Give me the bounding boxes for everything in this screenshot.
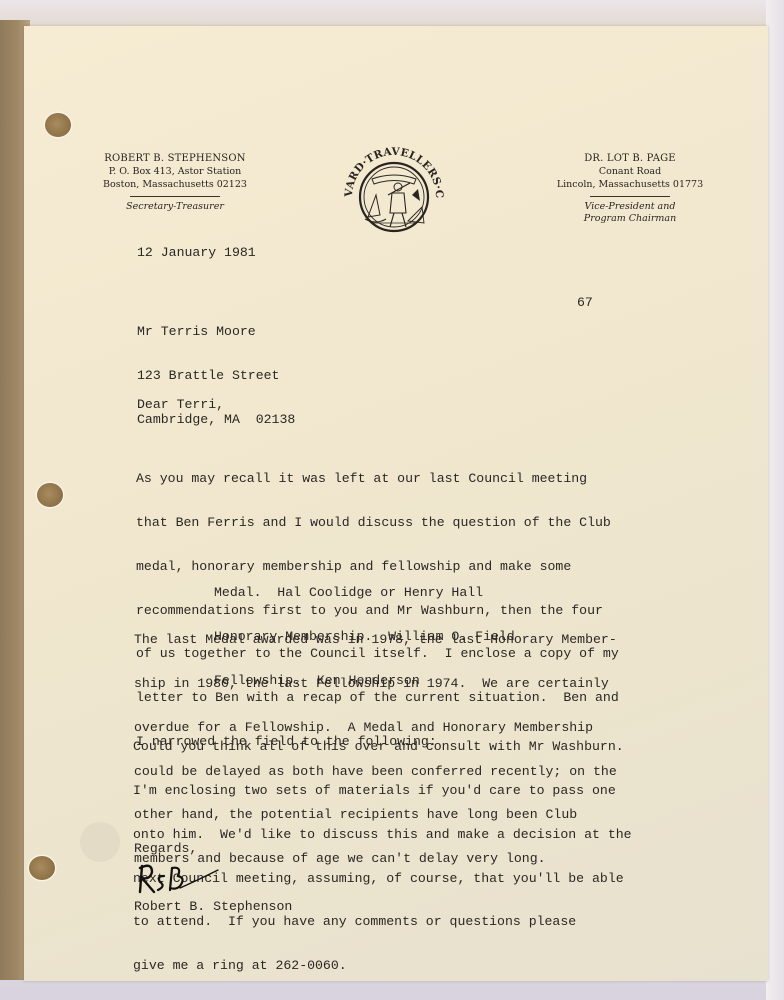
paragraph-line: Could you think all of this over and con… <box>133 740 632 755</box>
paragraph-line: ship in 1980, the last Fellowship in 197… <box>134 677 617 692</box>
background-surface-right <box>766 0 784 1000</box>
paragraph-line: As you may recall it was left at our las… <box>136 472 619 487</box>
punch-hole-middle <box>37 483 63 507</box>
nomination-medal: Medal. Hal Coolidge or Henry Hall <box>214 586 515 601</box>
paragraph-3: Could you think all of this over and con… <box>133 711 632 988</box>
vice-president-address-line1: Conant Road <box>555 165 705 178</box>
recipient-address: Mr Terris Moore 123 Brattle Street Cambr… <box>137 296 295 442</box>
vice-president-name: DR. LOT B. PAGE <box>555 152 705 165</box>
background-surface-top <box>0 0 784 28</box>
recipient-line2: 123 Brattle Street <box>137 369 295 384</box>
recipient-line1: Mr Terris Moore <box>137 325 295 340</box>
vice-president-address-line2: Lincoln, Massachusetts 01773 <box>555 178 705 191</box>
signature-icon: RBS <box>136 858 226 898</box>
punch-hole-bottom <box>29 856 55 880</box>
recipient-line3: Cambridge, MA 02138 <box>137 413 295 428</box>
sender-role: Secretary-Treasurer <box>100 201 250 213</box>
punch-hole-top <box>45 113 71 137</box>
paragraph-line: give me a ring at 262-0060. <box>133 959 632 974</box>
sender-name: ROBERT B. STEPHENSON <box>100 152 250 165</box>
signed-name: Robert B. Stephenson <box>134 900 292 915</box>
paragraph-line: onto him. We'd like to discuss this and … <box>133 828 632 843</box>
letter-date: 12 January 1981 <box>137 246 256 261</box>
paragraph-line: to attend. If you have any comments or q… <box>133 915 632 930</box>
paragraph-line: that Ben Ferris and I would discuss the … <box>136 516 619 531</box>
letterhead-left: ROBERT B. STEPHENSON P. O. Box 413, Asto… <box>100 152 250 213</box>
reference-number: 67 <box>577 296 593 311</box>
salutation: Dear Terri, <box>137 398 224 413</box>
vice-president-role-line1: Vice-President and <box>555 201 705 213</box>
letterhead-rule <box>130 196 220 197</box>
club-seal-icon: HARVARD·TRAVELLERS·CLUB <box>332 135 456 247</box>
sender-address-line2: Boston, Massachusetts 02123 <box>100 178 250 191</box>
vice-president-role-line2: Program Chairman <box>555 213 705 225</box>
paragraph-line: I'm enclosing two sets of materials if y… <box>133 784 632 799</box>
paper-stain <box>80 822 120 862</box>
paragraph-line: The last Medal awarded was in 1978, the … <box>134 633 617 648</box>
closing: Regards, <box>134 842 197 857</box>
sender-address-line1: P. O. Box 413, Astor Station <box>100 165 250 178</box>
letterhead-rule <box>590 196 670 197</box>
letterhead-right: DR. LOT B. PAGE Conant Road Lincoln, Mas… <box>555 152 705 225</box>
